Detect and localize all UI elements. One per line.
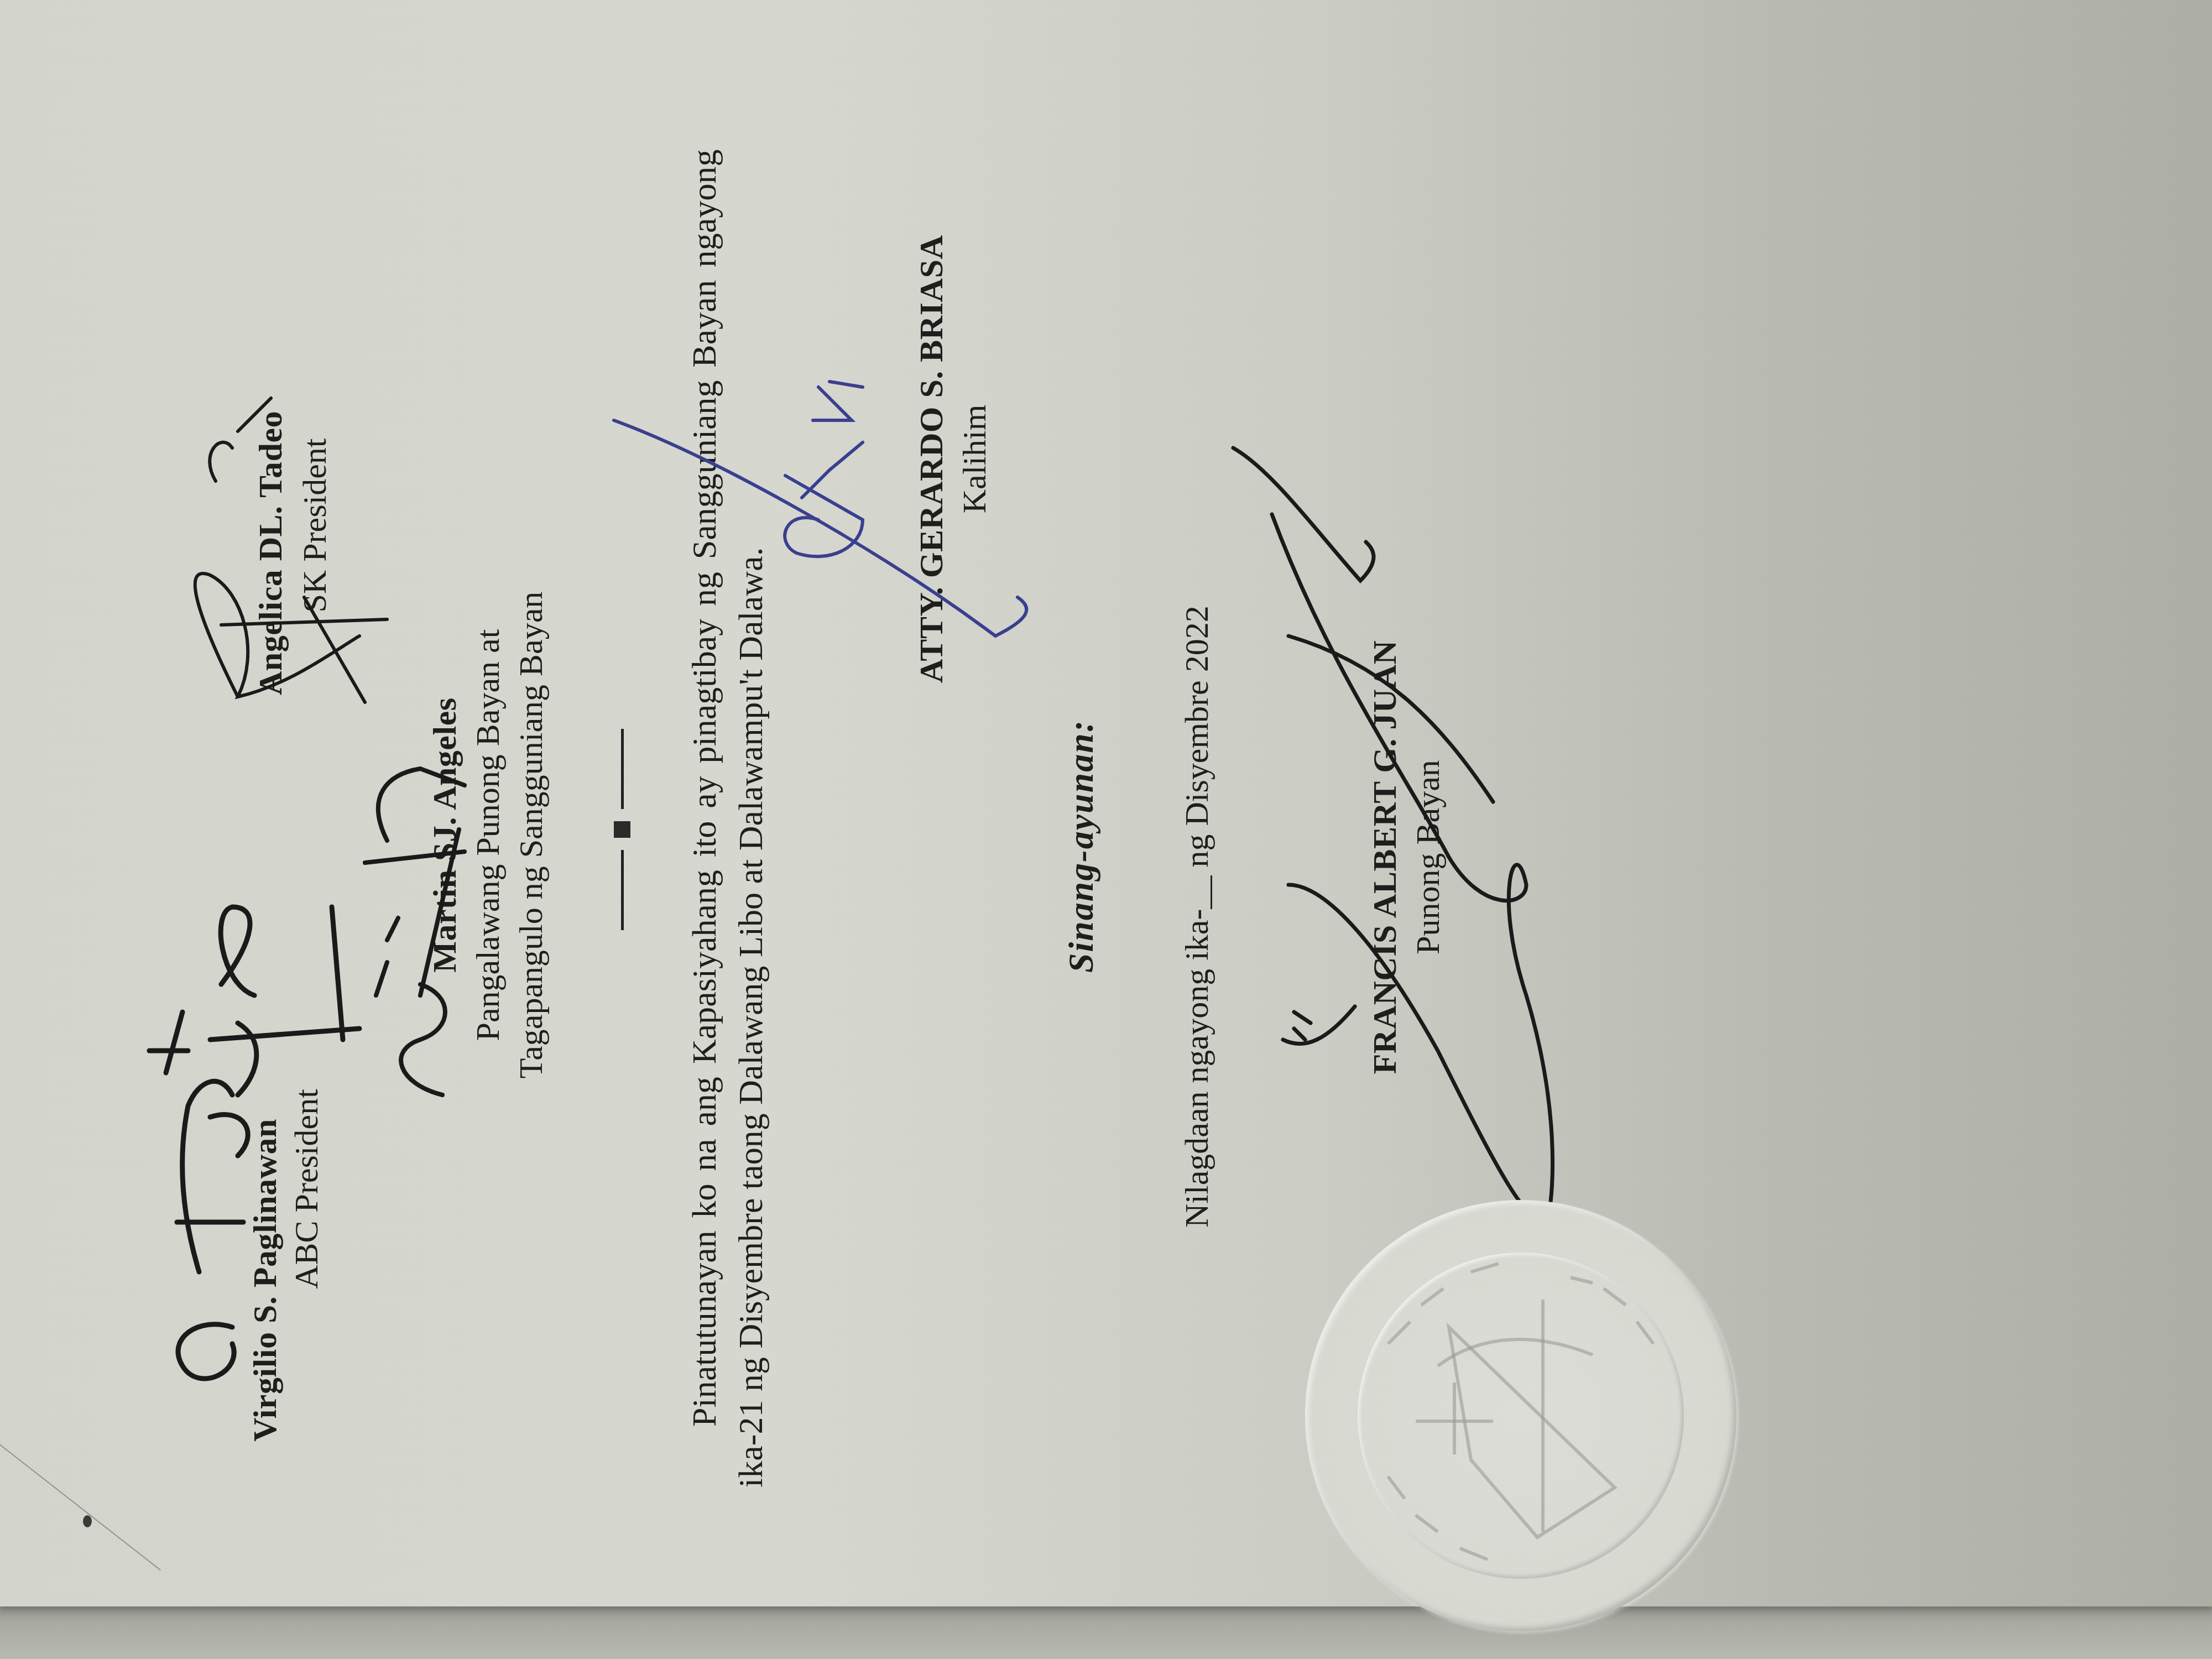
presiding-officer-title-2: Tagapangulo ng Sangguniang Bayan xyxy=(512,592,550,1079)
signatory-name-sk: Angelica DL. Tadeo xyxy=(252,411,290,695)
seal-emblem-icon xyxy=(1305,1200,1736,1631)
embossed-seal xyxy=(1305,1200,1736,1631)
presiding-officer-name: Martin SJ. Angeles xyxy=(426,697,464,972)
separator-line xyxy=(621,850,624,930)
secretary-title: Kalihim xyxy=(956,405,994,514)
rotated-content: Virgilio S. Paglinawan ABC President Ang… xyxy=(0,0,2212,1659)
mayor-title: Punong Bayan xyxy=(1409,760,1447,954)
section-separator xyxy=(614,729,630,930)
secretary-name: ATTY. GERARDO S. BRIASA xyxy=(912,235,951,683)
signatory-title-abc: ABC President xyxy=(288,1089,326,1289)
document-page: Virgilio S. Paglinawan ABC President Ang… xyxy=(0,0,2212,1606)
mayor-name: FRANCIS ALBERT G. JUAN xyxy=(1366,640,1404,1074)
signatory-title-sk: SK President xyxy=(296,439,334,613)
signed-date-line: Nilagdaan ngayong ika-__ ng Disyembre 20… xyxy=(1178,606,1216,1228)
presiding-officer-title-1: Pangalawang Punong Bayan at xyxy=(469,629,507,1041)
separator-square-icon xyxy=(614,821,630,838)
separator-line xyxy=(621,729,624,809)
approval-heading: Sinang-ayunan: xyxy=(1061,719,1102,973)
certification-paragraph: Pinatutunayan ko na ang Kapasiyahang ito… xyxy=(681,149,774,1488)
signatory-name-abc: Virgilio S. Paglinawan xyxy=(246,1119,284,1442)
